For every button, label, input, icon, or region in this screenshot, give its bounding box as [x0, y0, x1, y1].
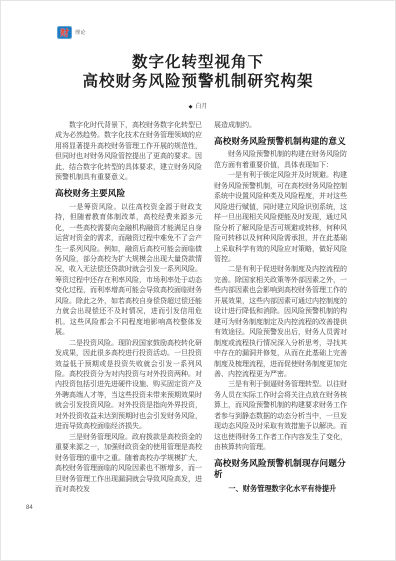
author-line: ◆白月 [0, 101, 396, 110]
article-body: 数字化时代背景下，高校财务数字化转型已成为必然趋势。数字化技术在财务管理领域的应… [55, 121, 347, 492]
masthead: 财 理论 [57, 26, 86, 39]
right-column: 展造成制约。 高校财务风险预警机制构建的意义 财务风险预警机制的构建在财务风险防… [214, 121, 347, 492]
paragraph: 三是有利于倒逼财务管理转型。以往财务人员在实际工作时会将关注点放在财务核算上，而… [214, 380, 347, 453]
journal-logo-icon: 财 [57, 26, 72, 39]
paragraph: 一是筹资风险。以往高校资金源于财政支持，但随着教育体制改革，高校经费来源多元化，… [55, 203, 202, 339]
article-title-line1: 数字化转型视角下 [0, 53, 396, 72]
article-title: 数字化转型视角下 高校财务风险预警机制研究构架 [0, 53, 396, 91]
author-diamond-icon: ◆ [189, 104, 193, 110]
paragraph: 三是财务管理风险。政府拨款是高校资金的重要来源之一，加强财政资金的使用管理是高校… [55, 433, 202, 492]
section-heading-problems: 高校财务风险预警机制现存问题分析 [214, 458, 347, 480]
journal-logo-label: 理论 [75, 29, 86, 36]
paragraph: 一是有利于锁定风险并及时规避。构建财务风险预警机制，可在高校财务风险控制系统中设… [214, 171, 347, 265]
paragraph: 财务风险预警机制的构建在财务风险防范方面有着重要价值，具体表现如下： [214, 150, 347, 171]
article-title-line2: 高校财务风险预警机制研究构架 [0, 72, 396, 91]
left-column: 数字化时代背景下，高校财务数字化转型已成为必然趋势。数字化技术在财务管理领域的应… [55, 121, 202, 492]
author-name: 白月 [195, 104, 207, 110]
subsection-heading-digitalization: 一、财务管理数字化水平有待提升 [214, 484, 347, 492]
intro-paragraph: 数字化时代背景下，高校财务数字化转型已成为必然趋势。数字化技术在财务管理领域的应… [55, 121, 202, 184]
continuation-text: 展造成制约。 [214, 121, 347, 131]
section-heading-main-risks: 高校财务主要风险 [55, 188, 202, 199]
section-heading-significance: 高校财务风险预警机制构建的意义 [214, 136, 347, 147]
journal-page: 财 理论 数字化转型视角下 高校财务风险预警机制研究构架 ◆白月 数字化时代背景… [0, 0, 396, 561]
paragraph: 二是投资风险。现阶段国家鼓励高校转化研发成果，因此很多高校进行投资活动。一旦投资… [55, 339, 202, 433]
paragraph: 二是有利于促进财务制度及内控流程的完善。除国家相关政策等外部因素之外，一些内部因… [214, 265, 347, 380]
journal-logo-char: 财 [60, 26, 69, 39]
page-number: 84 [26, 505, 33, 511]
